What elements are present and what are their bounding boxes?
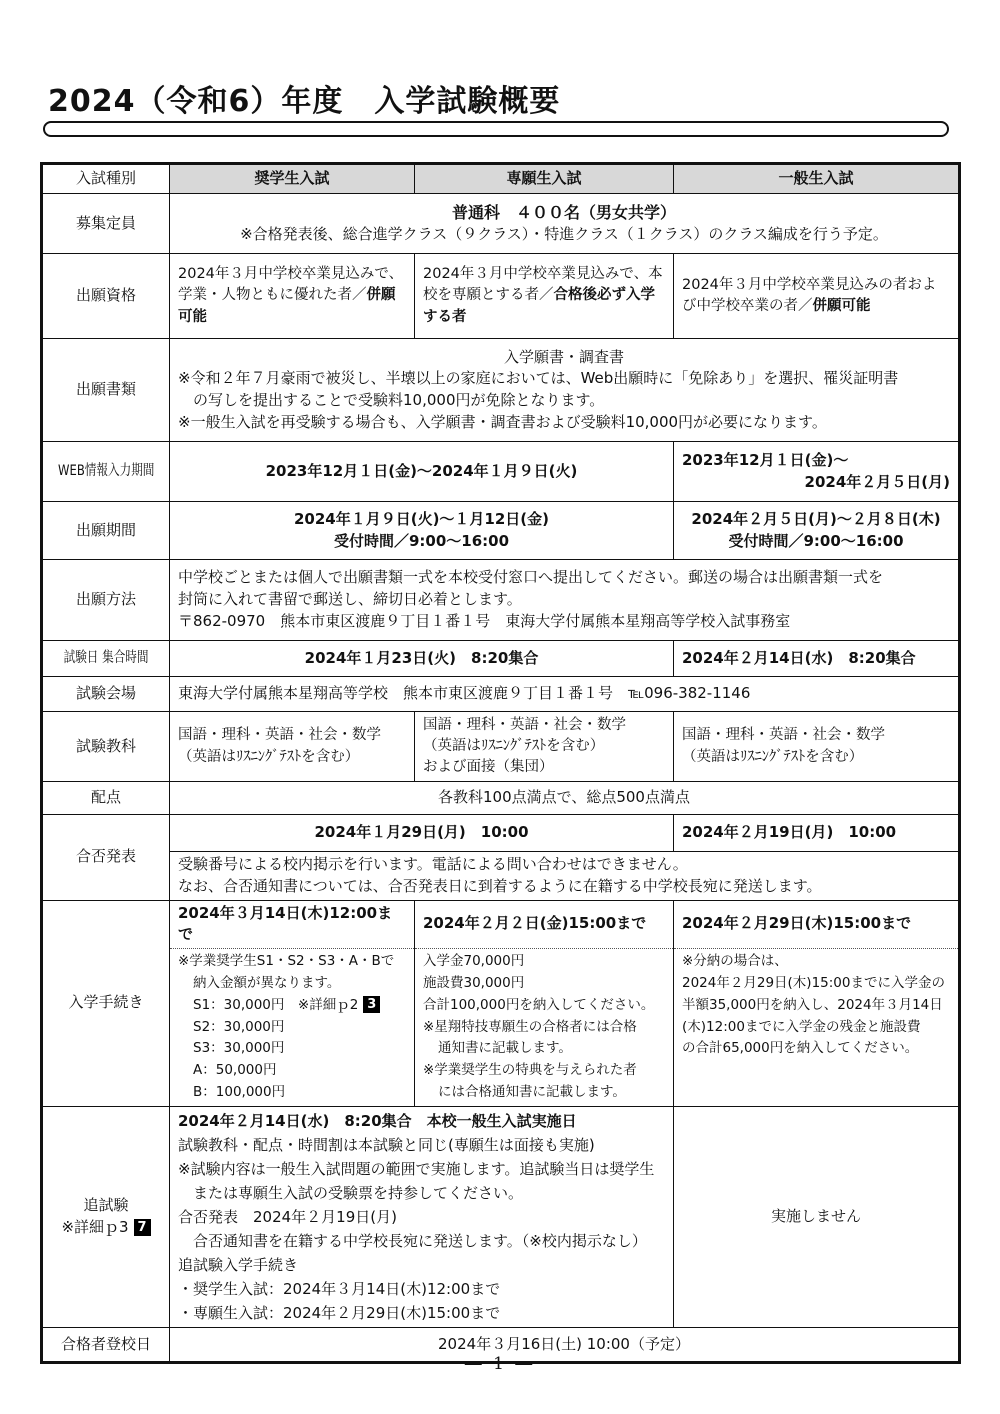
application-method-cell: 中学校ごとまたは個人で出願書類一式を本校受付窓口へ提出してください。郵送の場合は… [170,560,960,641]
qualification-text: 2024年３月中学校卒業見込みの者および中学校卒業の者／ [682,277,936,314]
exam-day-label-text: 試験日 集合時間 [64,648,149,669]
document-page: 2024（令和6）年度 入学試験概要 入試種別 奨学生入試 専願生入試 一般生入… [0,0,1000,1414]
header-senganse-exam: 専願生入試 [415,164,674,194]
documents-cell: 入学願書・調査書 ※令和２年７月豪雨で被災し、半壊以上の家庭においては、Web出… [170,339,960,442]
enrollment-line: B：100,000円 [178,1082,406,1104]
capacity-cell: 普通科 ４００名（男女共学） ※合格発表後、総合進学クラス（９クラス）・特進クラ… [170,194,960,254]
web-entry-date-scholarship: 2023年12月１日(金)～2024年１月９日(火) [170,442,674,502]
row-capacity: 募集定員 普通科 ４００名（男女共学） ※合格発表後、総合進学クラス（９クラス）… [42,194,960,254]
table-header-row: 入試種別 奨学生入試 専願生入試 一般生入試 [42,164,960,194]
web-entry-label-text: WEB情報入力期間 [58,461,154,482]
qualification-bold-text: 併願可能 [813,298,871,314]
documents-line4: ※一般生入試を再受験する場合も、入学願書・調査書および受験料10,000円が必要… [178,412,950,434]
enrollment-line: S3：30,000円 [178,1038,406,1060]
enrollment-line: 施設費30,000円 [423,973,665,995]
makeup-exam-label: 追試験 ※詳細ｐ37 [42,1107,170,1328]
results-label: 合否発表 [42,815,170,901]
row-web-entry-period: WEB情報入力期間 2023年12月１日(金)～2024年１月９日(火) 202… [42,442,960,502]
enrollment-line: ※星翔特技専願生の合格者には合格 [423,1017,665,1039]
exam-day-label: 試験日 集合時間 [42,641,170,677]
makeup-exam-detail-text: ※詳細ｐ3 [61,1218,128,1236]
subjects-line: （英語はﾘｽﾆﾝｸﾞﾃｽﾄを含む） [423,736,665,757]
row-application-method: 出願方法 中学校ごとまたは個人で出願書類一式を本校受付窓口へ提出してください。郵… [42,560,960,641]
application-period-scholarship: 2024年１月９日(火)～１月12日(金) 受付時間／9:00～16:00 [170,502,674,560]
method-line1: 中学校ごとまたは個人で出願書類一式を本校受付窓口へ提出してください。郵送の場合は… [178,567,950,589]
row-enrollment-details: ※学業奨学生S1・S2・S3・A・Bで 納入金額が異なります。 S1：30,00… [42,949,960,1107]
makeup-line: 2024年２月14日(水) 8:20集合 本校一般生入試実施日 [178,1109,665,1133]
enrollment-line: A：50,000円 [178,1060,406,1082]
subjects-line: 国語・理科・英語・社会・数学 [682,725,950,746]
makeup-exam-label-line1: 追試験 [45,1195,167,1217]
header-scholarship-exam: 奨学生入試 [170,164,415,194]
makeup-line: 試験教科・配点・時間割は本試験と同じ(専願生は面接も実施) [178,1133,665,1157]
makeup-line: ・専願生入試：2024年２月29日(木)15:00まで [178,1301,665,1325]
row-enrollment-dates: 入学手続き 2024年３月14日(木)12:00まで 2024年２月２日(金)1… [42,900,960,949]
exam-day-scholarship: 2024年１月23日(火) 8:20集合 [170,641,674,677]
method-line2: 封筒に入れて書留で郵送し、締切日必着とします。 [178,589,950,611]
capacity-line2: ※合格発表後、総合進学クラス（９クラス）・特進クラス（１クラス）のクラス編成を行… [178,224,950,246]
web-entry-date-line2: 2024年２月５日(月) [682,472,950,494]
documents-line3: の写しを提出することで受験料10,000円が免除となります。 [178,390,950,412]
capacity-label: 募集定員 [42,194,170,254]
makeup-exam-general: 実施しません [674,1107,960,1328]
subjects-line: および面接（集団） [423,757,665,778]
makeup-line: 合否通知書を在籍する中学校長宛に発送します。（※校内掲示なし） [178,1229,665,1253]
enrollment-line: 入学金70,000円 [423,951,665,973]
title-underline-pill [43,121,949,137]
enrollment-line: ※分納の場合は、 [682,951,950,973]
application-period-line2: 受付時間／9:00～16:00 [178,531,665,553]
enrollment-line: S2：30,000円 [178,1017,406,1039]
enrollment-line-text: S1：30,000円 ※詳細ｐ2 [193,997,358,1013]
detail-page-badge-3: 3 [363,996,380,1013]
web-entry-date-general: 2023年12月１日(金)～ 2024年２月５日(月) [674,442,960,502]
qualification-label: 出願資格 [42,254,170,339]
enrollment-details-general: ※分納の場合は、 2024年２月29日(木)15:00までに入学金の 半額35,… [674,949,960,1107]
venue-label: 試験会場 [42,677,170,712]
enrollment-line: (木)12:00までに入学金の残金と施設費 [682,1017,950,1039]
results-note-line1: 受験番号による校内掲示を行います。電話による問い合わせはできません。 [178,854,950,876]
qualification-scholarship: 2024年３月中学校卒業見込みで、学業・人物ともに優れた者／併願可能 [170,254,415,339]
results-date-general: 2024年２月19日(月) 10:00 [674,815,960,852]
method-address: 〒862-0970 熊本市東区渡鹿９丁目１番１号 東海大学付属熊本星翔高等学校入… [178,611,950,633]
qualification-general: 2024年３月中学校卒業見込みの者および中学校卒業の者／併願可能 [674,254,960,339]
web-entry-date-line1: 2023年12月１日(金)～ [682,450,950,472]
enrollment-line: 半額35,000円を納入し、2024年３月14日 [682,995,950,1017]
makeup-exam-label-line2: ※詳細ｐ37 [45,1217,167,1239]
row-makeup-exam: 追試験 ※詳細ｐ37 2024年２月14日(水) 8:20集合 本校一般生入試実… [42,1107,960,1328]
header-general-exam: 一般生入試 [674,164,960,194]
header-exam-type: 入試種別 [42,164,170,194]
makeup-line: ・奨学生入試：2024年３月14日(木)12:00まで [178,1277,665,1301]
row-venue: 試験会場 東海大学付属熊本星翔高等学校 熊本市東区渡鹿９丁目１番１号 ℡096-… [42,677,960,712]
row-exam-day: 試験日 集合時間 2024年１月23日(火) 8:20集合 2024年２月14日… [42,641,960,677]
row-application-period: 出願期間 2024年１月９日(火)～１月12日(金) 受付時間／9:00～16:… [42,502,960,560]
enrollment-line: ※学業奨学生S1・S2・S3・A・Bで [178,951,406,973]
venue-cell: 東海大学付属熊本星翔高等学校 熊本市東区渡鹿９丁目１番１号 ℡096-382-1… [170,677,960,712]
documents-line2: ※令和２年７月豪雨で被災し、半壊以上の家庭においては、Web出願時に「免除あり」… [178,368,950,390]
enrollment-line: 通知書に記載します。 [423,1038,665,1060]
application-period-line2: 受付時間／9:00～16:00 [682,531,950,553]
capacity-line1: 普通科 ４００名（男女共学） [178,201,950,224]
application-period-general: 2024年２月５日(月)～２月８日(木) 受付時間／9:00～16:00 [674,502,960,560]
subjects-general: 国語・理科・英語・社会・数学 （英語はﾘｽﾆﾝｸﾞﾃｽﾄを含む） [674,712,960,782]
enrollment-details-sengan: 入学金70,000円 施設費30,000円 合計100,000円を納入してくださ… [415,949,674,1107]
application-method-label: 出願方法 [42,560,170,641]
page-title: 2024（令和6）年度 入学試験概要 [48,76,560,120]
enrollment-line: の合計65,000円を納入してください。 [682,1038,950,1060]
enrollment-line: には合格通知書に記載します。 [423,1082,665,1104]
subjects-scholarship: 国語・理科・英語・社会・数学 （英語はﾘｽﾆﾝｸﾞﾃｽﾄを含む） [170,712,415,782]
detail-page-badge-7: 7 [134,1219,151,1236]
enrollment-line: ※学業奨学生の特典を与えられた者 [423,1060,665,1082]
results-note-line2: なお、合否通知書については、合否発表日に到着するように在籍する中学校長宛に発送し… [178,876,950,898]
row-subjects: 試験教科 国語・理科・英語・社会・数学 （英語はﾘｽﾆﾝｸﾞﾃｽﾄを含む） 国語… [42,712,960,782]
subjects-label: 試験教科 [42,712,170,782]
row-results-dates: 合否発表 2024年１月29日(月) 10:00 2024年２月19日(月) 1… [42,815,960,852]
documents-line1: 入学願書・調査書 [178,347,950,369]
row-results-note: 受験番号による校内掲示を行います。電話による問い合わせはできません。 なお、合否… [42,852,960,901]
enrollment-line: 納入金額が異なります。 [178,973,406,995]
subjects-line: 国語・理科・英語・社会・数学 [178,725,406,746]
enrollment-label: 入学手続き [42,900,170,1107]
exam-overview-table: 入試種別 奨学生入試 専願生入試 一般生入試 募集定員 普通科 ４００名（男女共… [40,162,961,1364]
documents-label: 出願書類 [42,339,170,442]
enrollment-deadline-general: 2024年２月29日(木)15:00まで [674,900,960,949]
subjects-line: （英語はﾘｽﾆﾝｸﾞﾃｽﾄを含む） [682,747,950,768]
enrollment-line: 2024年２月29日(木)15:00までに入学金の [682,973,950,995]
subjects-line: 国語・理科・英語・社会・数学 [423,715,665,736]
makeup-line: ※試験内容は一般生入試問題の範囲で実施します。追試験当日は奨学生 [178,1157,665,1181]
row-scoring: 配点 各教科100点満点で、総点500点満点 [42,782,960,815]
application-period-line1: 2024年２月５日(月)～２月８日(木) [682,509,950,531]
makeup-line: 追試験入学手続き [178,1253,665,1277]
enrollment-line: 合計100,000円を納入してください。 [423,995,665,1017]
page-number: ― 1 ― [0,1354,1000,1374]
scoring-label: 配点 [42,782,170,815]
application-period-label: 出願期間 [42,502,170,560]
makeup-line: または専願生入試の受験票を持参してください。 [178,1181,665,1205]
qualification-sengan: 2024年３月中学校卒業見込みで、本校を専願とする者／合格後必ず入学する者 [415,254,674,339]
scoring-cell: 各教科100点満点で、総点500点満点 [170,782,960,815]
subjects-sengan: 国語・理科・英語・社会・数学 （英語はﾘｽﾆﾝｸﾞﾃｽﾄを含む） および面接（集… [415,712,674,782]
makeup-line: 合否発表 2024年２月19日(月) [178,1205,665,1229]
application-period-line1: 2024年１月９日(火)～１月12日(金) [178,509,665,531]
results-date-scholarship: 2024年１月29日(月) 10:00 [170,815,674,852]
makeup-exam-details: 2024年２月14日(水) 8:20集合 本校一般生入試実施日 試験教科・配点・… [170,1107,674,1328]
subjects-line: （英語はﾘｽﾆﾝｸﾞﾃｽﾄを含む） [178,747,406,768]
web-entry-label: WEB情報入力期間 [42,442,170,502]
enrollment-line: S1：30,000円 ※詳細ｐ23 [178,995,406,1017]
row-documents: 出願書類 入学願書・調査書 ※令和２年７月豪雨で被災し、半壊以上の家庭においては… [42,339,960,442]
exam-day-general: 2024年２月14日(水) 8:20集合 [674,641,960,677]
enrollment-deadline-scholarship: 2024年３月14日(木)12:00まで [170,900,415,949]
enrollment-deadline-sengan: 2024年２月２日(金)15:00まで [415,900,674,949]
row-qualification: 出願資格 2024年３月中学校卒業見込みで、学業・人物ともに優れた者／併願可能 … [42,254,960,339]
results-note-cell: 受験番号による校内掲示を行います。電話による問い合わせはできません。 なお、合否… [170,852,960,901]
enrollment-details-scholarship: ※学業奨学生S1・S2・S3・A・Bで 納入金額が異なります。 S1：30,00… [170,949,415,1107]
